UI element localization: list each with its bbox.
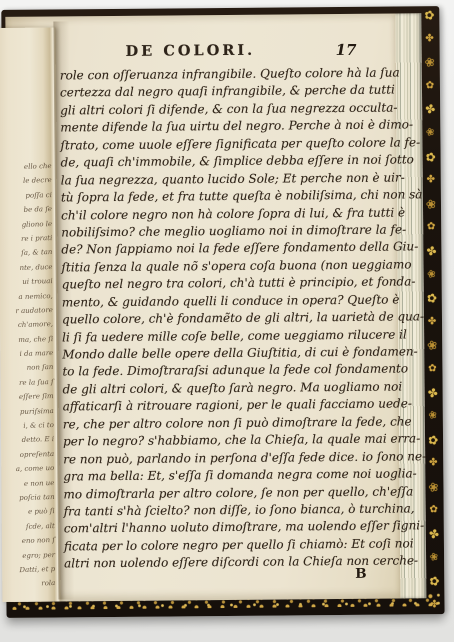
text-line: altri non uolendo eſſere diſcordi con la…: [64, 553, 395, 573]
text-fragment: ch'amore,: [0, 317, 58, 333]
gilt-fleuron-icon: ✤: [428, 317, 436, 327]
gilt-fleuron-icon: ✤: [427, 387, 439, 399]
text-fragment: le decre: [0, 173, 57, 189]
gilt-fleuron-icon: ✿: [428, 364, 436, 374]
text-fragment: a nemico,: [0, 288, 58, 304]
text-line: quello colore, ch'è fondamẽto de gli alt…: [62, 309, 393, 329]
gilt-fleuron-icon: ✿: [423, 9, 435, 21]
gilt-fleuron-icon: ❀: [425, 127, 435, 139]
gilt-fleuron-icon: ✿: [427, 434, 439, 446]
gilt-fleuron-icon: ❀: [429, 552, 439, 564]
text-fragment: rola: [2, 576, 60, 592]
gilt-fleuron-icon: ❀: [425, 198, 437, 210]
text-fragment: ui trouai: [0, 274, 58, 290]
text-fragment: eſſere ſim: [0, 389, 58, 405]
text-fragment: ſa, & tan: [0, 245, 58, 261]
text-fragment: e può ſi: [1, 504, 59, 520]
text-line: gra ma bella: Et, s'eſſa ſi domanda negr…: [63, 466, 394, 486]
page-text: role con oſſeruanza infrangibile. Queſto…: [60, 65, 395, 574]
gilt-fleuron-icon: ✤: [427, 175, 435, 185]
gilt-fleuron-icon: ❀: [426, 269, 436, 281]
gilt-fleuron-icon: ❀: [426, 340, 438, 352]
text-fragment: detto. E i: [1, 432, 59, 448]
gilt-fleuron-icon: ✿: [426, 81, 434, 91]
gilt-fleuron-icon: ✤: [425, 245, 437, 257]
page-number: 17: [336, 41, 357, 59]
gilt-fleuron-icon: ✿: [428, 575, 440, 587]
text-line: tù ſopra la fede, et fra tutte queſta è …: [61, 187, 392, 207]
gilt-fleuron-icon: ✤: [429, 458, 437, 468]
gilt-fleuron-icon: ✤: [425, 34, 433, 44]
previous-page-text-fragments: ello chele decrepoſſa cibe da ſegliono l…: [0, 27, 60, 591]
photo-background: ✿✤❀✿✤❀✿✤❀✿✤❀✿✤❀✿✤❀✿✤❀✿✤❀✿✤ ello chele de…: [0, 0, 454, 642]
text-fragment: a, come uo: [1, 461, 59, 477]
text-fragment: eno non ſ: [2, 533, 60, 549]
gilt-fleuron-icon: ✤: [424, 104, 436, 116]
gilt-fleuron-icon: ✿: [426, 292, 438, 304]
text-fragment: non ſan: [0, 360, 58, 376]
gilt-fleuron-icon: ✤: [428, 528, 440, 540]
gilt-fleuron-icon: ✿: [425, 151, 437, 163]
running-title: DE COLORI.: [126, 42, 256, 60]
previous-page-edge: ello chele decrepoſſa cibe da ſegliono l…: [0, 27, 60, 601]
signature-mark: B: [355, 566, 367, 582]
gilt-fleuron-icon: ✿: [429, 506, 437, 516]
gilt-fleuron-icon: ❀: [428, 411, 438, 423]
text-fragment: be da ſe: [0, 202, 57, 218]
gilt-fleuron-icon: ❀: [427, 481, 439, 493]
gilt-fleuron-icon: ✿: [427, 223, 435, 233]
book: ✿✤❀✿✤❀✿✤❀✿✤❀✿✤❀✿✤❀✿✤❀✿✤❀✿✤ ello chele de…: [0, 0, 454, 642]
gilt-fleuron-icon: ❀: [424, 56, 436, 68]
